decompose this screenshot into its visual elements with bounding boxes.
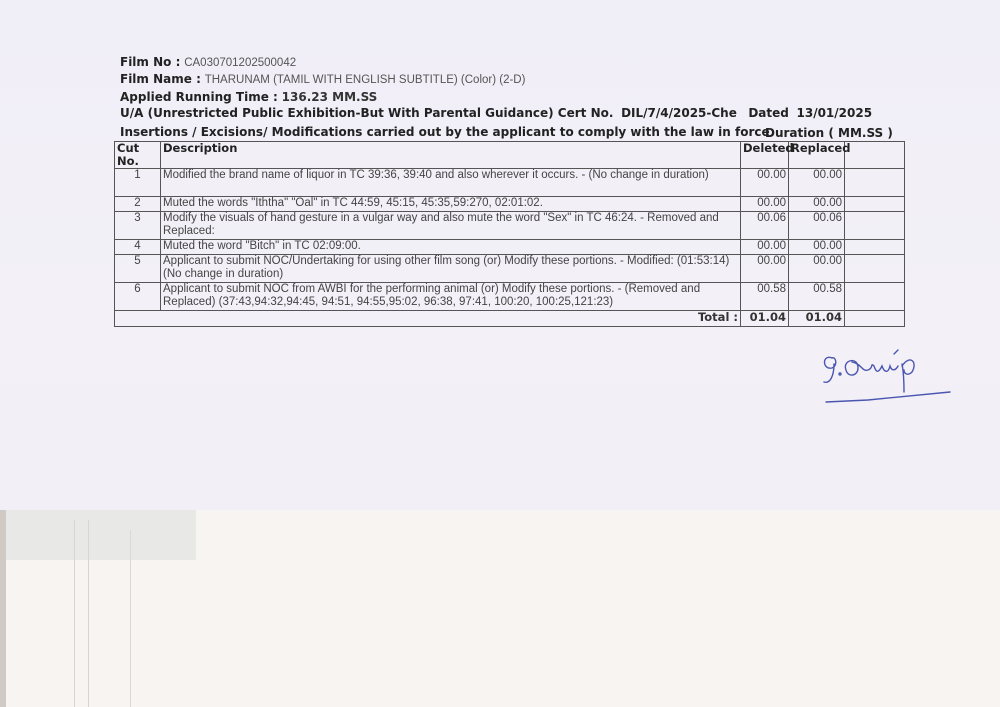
- table-row: 3Modify the visuals of hand gesture in a…: [115, 212, 905, 240]
- deleted-duration: 00.00: [741, 255, 789, 283]
- deleted-duration: 00.58: [741, 283, 789, 311]
- cut-number: 1: [115, 169, 161, 197]
- blank-cell: [845, 283, 905, 311]
- cut-description: Modified the brand name of liquor in TC …: [161, 169, 741, 197]
- cut-number: 5: [115, 255, 161, 283]
- table-row: 1Modified the brand name of liquor in TC…: [115, 169, 905, 197]
- table-row: 6Applicant to submit NOC from AWBI for t…: [115, 283, 905, 311]
- cut-description: Applicant to submit NOC/Undertaking for …: [161, 255, 741, 283]
- cut-number: 6: [115, 283, 161, 311]
- dated-value: 13/01/2025: [797, 106, 873, 120]
- running-time-value: 136.23 MM.SS: [282, 90, 378, 104]
- signature: [818, 340, 958, 414]
- running-time-label: Applied Running Time :: [120, 90, 278, 104]
- film-name-label: Film Name :: [120, 72, 201, 86]
- replaced-duration: 00.58: [789, 283, 845, 311]
- deleted-duration: 00.00: [741, 169, 789, 197]
- running-time-line: Applied Running Time : 136.23 MM.SS: [120, 90, 377, 104]
- cert-no-value: DIL/7/4/2025-Che: [621, 106, 737, 120]
- col-description: Description: [161, 142, 741, 169]
- attached-page-bottom: [0, 510, 1000, 707]
- cut-number: 2: [115, 197, 161, 212]
- table-row: 5Applicant to submit NOC/Undertaking for…: [115, 255, 905, 283]
- blank-cell: [845, 212, 905, 240]
- total-deleted: 01.04: [741, 311, 789, 327]
- replaced-duration: 00.00: [789, 255, 845, 283]
- certificate-line: U/A (Unrestricted Public Exhibition-But …: [120, 106, 872, 120]
- col-blank: [845, 142, 905, 169]
- table-header-row: Cut No. Description Deleted Replaced: [115, 142, 905, 169]
- col-deleted: Deleted: [741, 142, 789, 169]
- cut-description: Applicant to submit NOC from AWBI for th…: [161, 283, 741, 311]
- table-row: 2Muted the words "Iththa" "Oal" in TC 44…: [115, 197, 905, 212]
- duration-heading: Duration ( MM.SS ): [765, 126, 893, 140]
- replaced-duration: 00.00: [789, 169, 845, 197]
- cut-description: Muted the word "Bitch" in TC 02:09:00.: [161, 240, 741, 255]
- cut-number: 3: [115, 212, 161, 240]
- signature-icon: [818, 340, 958, 410]
- deleted-duration: 00.00: [741, 240, 789, 255]
- cut-description: Modify the visuals of hand gesture in a …: [161, 212, 741, 240]
- insertions-heading: Insertions / Excisions/ Modifications ca…: [120, 125, 770, 139]
- film-name-value: THARUNAM (TAMIL WITH ENGLISH SUBTITLE) (…: [205, 74, 526, 86]
- col-cut-no: Cut No.: [115, 142, 161, 169]
- cuts-table: Cut No. Description Deleted Replaced 1Mo…: [114, 141, 905, 327]
- total-label: Total :: [115, 311, 741, 327]
- certificate-sheet: Film No : CA030701202500042 Film Name : …: [0, 0, 1000, 510]
- film-no-line: Film No : CA030701202500042: [120, 55, 296, 69]
- blank-cell: [845, 197, 905, 212]
- deleted-duration: 00.06: [741, 212, 789, 240]
- total-row: Total : 01.04 01.04: [115, 311, 905, 327]
- tape-strip: [6, 510, 196, 560]
- blank-cell: [845, 169, 905, 197]
- blank-cell: [845, 240, 905, 255]
- certificate-text: U/A (Unrestricted Public Exhibition-But …: [120, 106, 613, 120]
- col-replaced: Replaced: [789, 142, 845, 169]
- film-no-label: Film No :: [120, 55, 180, 69]
- replaced-duration: 00.06: [789, 212, 845, 240]
- film-no-value: CA030701202500042: [184, 57, 296, 69]
- dated-label: Dated: [748, 106, 789, 120]
- table-row: 4Muted the word "Bitch" in TC 02:09:00.0…: [115, 240, 905, 255]
- cut-number: 4: [115, 240, 161, 255]
- cut-description: Muted the words "Iththa" "Oal" in TC 44:…: [161, 197, 741, 212]
- blank-cell: [845, 255, 905, 283]
- deleted-duration: 00.00: [741, 197, 789, 212]
- replaced-duration: 00.00: [789, 240, 845, 255]
- total-replaced: 01.04: [789, 311, 845, 327]
- replaced-duration: 00.00: [789, 197, 845, 212]
- film-name-line: Film Name : THARUNAM (TAMIL WITH ENGLISH…: [120, 72, 525, 86]
